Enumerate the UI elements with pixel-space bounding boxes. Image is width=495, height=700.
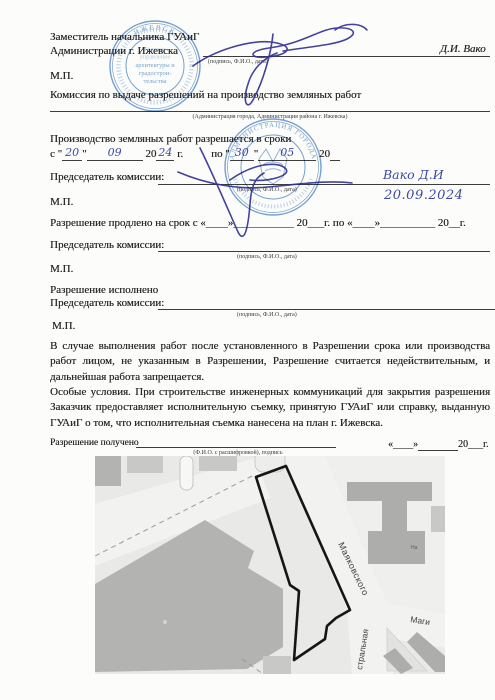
header-signature-line <box>203 56 490 57</box>
chairman-caption-3: (подпись, Ф.И.О., дата) <box>237 312 297 319</box>
period-from-year: 24 <box>156 146 174 161</box>
official-name: Д.И. Вако <box>440 43 486 56</box>
official-title-line1: Заместитель начальника ГУАиГ <box>50 31 199 44</box>
handwritten-date: 20.09.2024 <box>384 188 463 203</box>
special-conditions-paragraph: Особые условия. При строительстве инжене… <box>50 385 490 431</box>
received-label: Разрешение получено <box>50 437 139 450</box>
stamp1-line: архитектуры и <box>135 62 175 69</box>
mp-mark-2: М.П. <box>50 196 73 209</box>
chairman-line-3 <box>158 309 495 310</box>
header-signature-caption: (подпись, Ф.И.О., дата) <box>208 59 268 66</box>
invalid-clause-paragraph: В случае выполнения работ после установл… <box>50 339 490 385</box>
handwritten-name: Вако Д.И <box>383 167 444 182</box>
received-date-blank: «____»20___г. <box>388 436 488 451</box>
period-from-century: 20 <box>145 148 156 160</box>
received-line <box>136 447 336 448</box>
map-building-strip <box>180 456 193 490</box>
period-to-century: 20 <box>319 148 330 160</box>
chairman-label-3: Председатель комиссии: <box>50 297 164 310</box>
map-building <box>127 456 163 473</box>
chairman-line-2 <box>158 251 490 252</box>
period-from-month: 09 <box>87 146 143 161</box>
map-building <box>431 506 445 532</box>
period-dates-row: с "20"09 2024 г.по "30"05 20 <box>50 146 340 161</box>
period-g-label: г. <box>177 148 183 160</box>
period-intro: Производство земляных работ разрешается … <box>50 133 291 146</box>
commission-underline <box>50 111 490 112</box>
stamp1-line: тельства <box>144 78 167 85</box>
period-to-prefix: по " <box>211 148 230 160</box>
chairman-label-2: Председатель комиссии: <box>50 239 164 252</box>
received-year: 20___г. <box>458 439 488 450</box>
period-from-day: 20 <box>62 146 82 161</box>
period-to-month: 05 <box>258 146 316 161</box>
chairman-caption-2: (подпись, Ф.И.О., дата) <box>237 254 297 261</box>
executed-line: Разрешение исполнено <box>50 284 158 297</box>
period-from-prefix: с " <box>50 148 62 160</box>
commission-line: Комиссия по выдаче разрешений на произво… <box>50 89 361 102</box>
chairman-line-1 <box>158 184 490 185</box>
mp-mark-3: М.П. <box>50 263 73 276</box>
map-building-mark <box>163 620 167 624</box>
mp-mark-4: М.П. <box>52 320 75 333</box>
period-to-year-blank <box>330 146 340 161</box>
received-quote: «____» <box>388 439 418 450</box>
official-title-line2: Администрации г. Ижевска <box>50 45 178 58</box>
site-plan-map: Маяковского стральная Маги На <box>95 456 445 674</box>
map-building-rounded <box>255 456 285 472</box>
mp-mark-1: М.П. <box>50 70 73 83</box>
map-building <box>95 456 121 486</box>
commission-caption: (Администрация города, Администрация рай… <box>50 114 490 121</box>
document-page: Заместитель начальника ГУАиГ Администрац… <box>0 0 495 700</box>
chairman-label-1: Председатель комиссии: <box>50 171 164 184</box>
map-building-label: На <box>411 545 418 551</box>
received-month-blank <box>418 436 458 451</box>
stamp1-line: градострои- <box>139 70 171 77</box>
stamp-guaig: ИЖЕВСК Главное управление архитектуры и … <box>95 6 215 126</box>
period-to-day: 30 <box>230 146 254 161</box>
chairman-caption-1: (подпись, Ф.И.О., дата) <box>237 187 297 194</box>
prolong-line: Разрешение продлено на срок с «____»____… <box>50 217 466 230</box>
stamp-administration: АДМИНИСТРАЦИЯ ГОРОДА <box>213 107 333 227</box>
map-building <box>199 456 237 471</box>
map-building <box>263 656 291 674</box>
